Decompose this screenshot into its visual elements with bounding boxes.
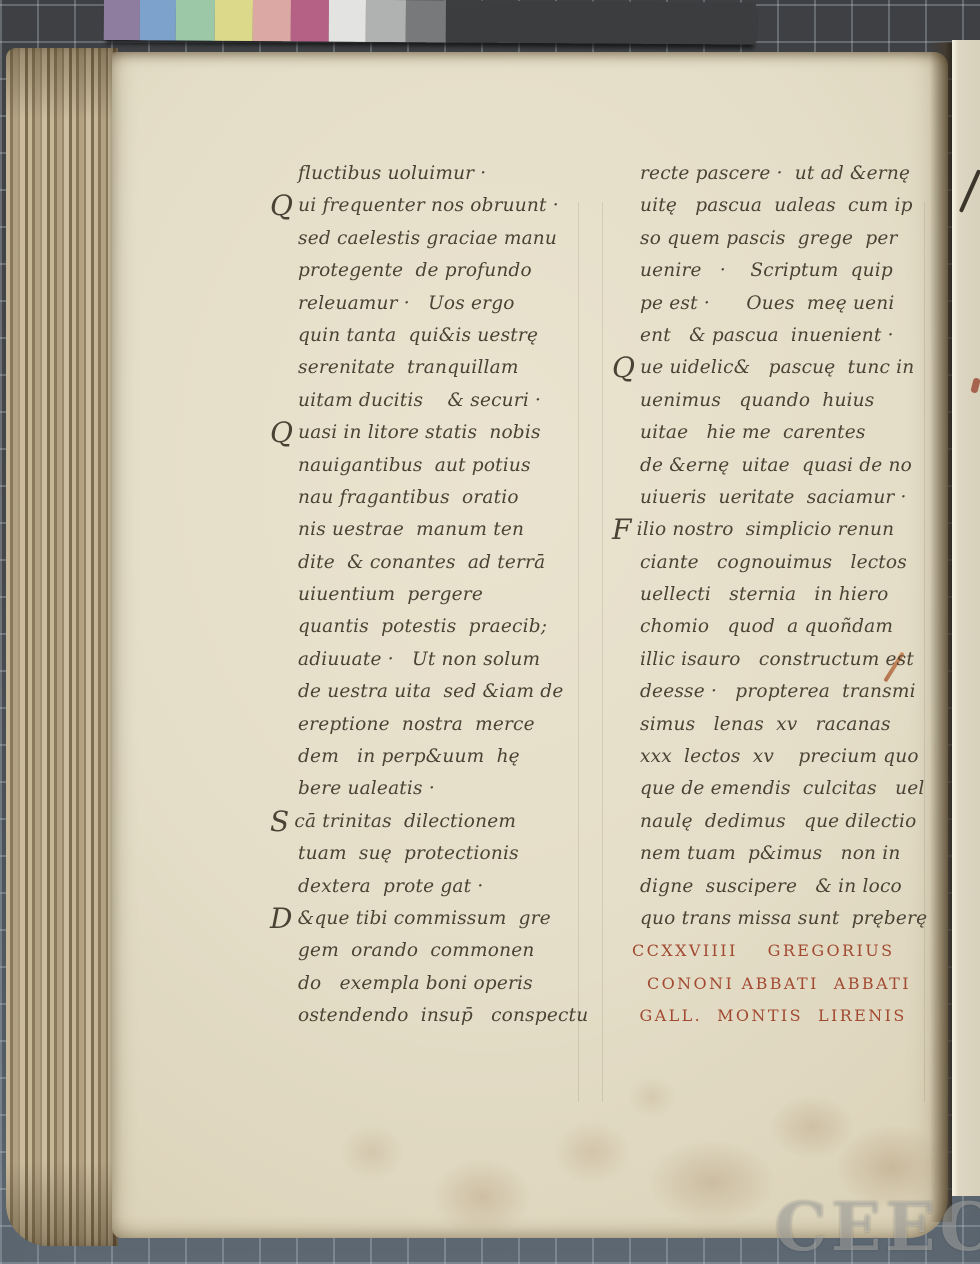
facing-page-ink-stroke [959, 169, 980, 213]
manuscript-line: dem in perp&uum hę [270, 741, 578, 773]
initial-letter: Q [270, 189, 293, 222]
manuscript-line: deesse · propterea transmi [612, 676, 930, 708]
manuscript-line: nem tuam p&imus non in [612, 838, 930, 870]
manuscript-line: bere ualeatis · [270, 773, 578, 805]
manuscript-line: tuam suę protectionis [270, 838, 578, 870]
manuscript-line: chomio quod a quoñdam [612, 611, 930, 643]
manuscript-line: dite & conantes ad terrā [270, 547, 578, 579]
manuscript-line: Scā trinitas dilectionem [270, 806, 578, 838]
color-swatch-purple [104, 0, 140, 40]
manuscript-line: uenire · Scriptum quip [612, 255, 930, 287]
manuscript-line: quantis potestis praecib; [270, 611, 578, 643]
manuscript-line: naulę dedimus que dilectio [612, 806, 930, 838]
manuscript-line: sed caelestis graciae manu [270, 223, 578, 255]
manuscript-line: uenimus quando huius [612, 385, 930, 417]
manuscript-line: recte pascere · ut ad &ernę [612, 158, 930, 190]
ruling-line [602, 202, 603, 1102]
initial-letter: Q [612, 351, 635, 384]
color-calibration-bar [104, 0, 756, 45]
manuscript-line: quo trans missa sunt pręberę [612, 903, 930, 935]
page-stack-fore-edges [6, 48, 118, 1246]
manuscript-line: que de emendis culcitas uel [612, 773, 930, 805]
initial-letter: S [270, 805, 289, 838]
rubric-line: CCXXVIIII GREGORIUS [612, 935, 930, 967]
manuscript-line: Que uidelic& pascuę tunc in [612, 352, 930, 384]
color-swatch-magenta [291, 0, 329, 42]
manuscript-line: releuamur · Uos ergo [270, 288, 578, 320]
color-swatch-white [329, 0, 366, 42]
manuscript-line: pe est · Oues meę ueni [612, 288, 930, 320]
manuscript-line: ent & pascua inuenient · [612, 320, 930, 352]
color-swatch-green [176, 0, 215, 41]
library-watermark: CEEC [774, 1188, 980, 1264]
manuscript-line: uitam ducitis & securi · [270, 385, 578, 417]
manuscript-line: uitae hie me carentes [612, 417, 930, 449]
manuscript-line: xxx lectos xv precium quo [612, 741, 930, 773]
manuscript-line: ereptione nostra merce [270, 709, 578, 741]
color-swatch-dark-gray [446, 0, 756, 44]
manuscript-line: protegente de profundo [270, 255, 578, 287]
manuscript-line: illic isauro constructum est [612, 644, 930, 676]
manuscript-line: ciante cognouimus lectos [612, 547, 930, 579]
text-column-right: recte pascere · ut ad &ernęuitę pascua u… [612, 158, 930, 1033]
manuscript-line: Filio nostro simplicio renun [612, 514, 930, 546]
manuscript-line: nau fragantibus oratio [270, 482, 578, 514]
manuscript-line: D&que tibi commissum gre [270, 903, 578, 935]
facing-page-red-mark [970, 377, 980, 393]
text-column-left: fluctibus uoluimur ·Qui frequenter nos o… [270, 158, 578, 1033]
manuscript-line: uellecti sternia in hiero [612, 579, 930, 611]
manuscript-line: de uestra uita sed &iam de [270, 676, 578, 708]
manuscript-line: digne suscipere & in loco [612, 871, 930, 903]
gutter-shadow [930, 42, 952, 1222]
manuscript-line: nauigantibus aut potius [270, 450, 578, 482]
ruling-line [578, 202, 579, 1102]
initial-letter: F [612, 513, 632, 546]
manuscript-line: de &ernę uitae quasi de no [612, 450, 930, 482]
initial-letter: D [270, 902, 293, 935]
initial-letter: Q [270, 416, 293, 449]
manuscript-line: uiueris ueritate saciamur · [612, 482, 930, 514]
manuscript-line: simus lenas xv racanas [612, 709, 930, 741]
facing-page-edge [952, 40, 980, 1196]
rubric-line: GALL. MONTIS LIRENIS [612, 1000, 930, 1032]
manuscript-line: quin tanta qui&is uestrę [270, 320, 578, 352]
manuscript-line: uiuentium pergere [270, 579, 578, 611]
manuscript-line: gem orando commonen [270, 935, 578, 967]
manuscript-line: adiuuate · Ut non solum [270, 644, 578, 676]
color-swatch-yellow [215, 0, 253, 41]
manuscript-line: so quem pascis grege per [612, 223, 930, 255]
manuscript-line: ostendendo insup̄ conspectu [270, 1000, 578, 1032]
color-swatch-blue [140, 0, 176, 41]
manuscript-line: do exempla boni operis [270, 968, 578, 1000]
manuscript-line: uitę pascua ualeas cum ip [612, 190, 930, 222]
color-swatch-mid-gray [406, 0, 446, 42]
color-swatch-salmon [253, 0, 291, 41]
rubric-line: CONONI ABBATI ABBATI [612, 968, 930, 1000]
manuscript-line: dextera prote gat · [270, 871, 578, 903]
manuscript-line: Quasi in litore statis nobis [270, 417, 578, 449]
digitized-manuscript-photo: fluctibus uoluimur ·Qui frequenter nos o… [0, 0, 980, 1264]
manuscript-line: nis uestrae manum ten [270, 514, 578, 546]
color-swatch-light-gray [366, 0, 406, 42]
manuscript-line: fluctibus uoluimur · [270, 158, 578, 190]
manuscript-line: serenitate tranquillam [270, 352, 578, 384]
manuscript-line: Qui frequenter nos obruunt · [270, 190, 578, 222]
